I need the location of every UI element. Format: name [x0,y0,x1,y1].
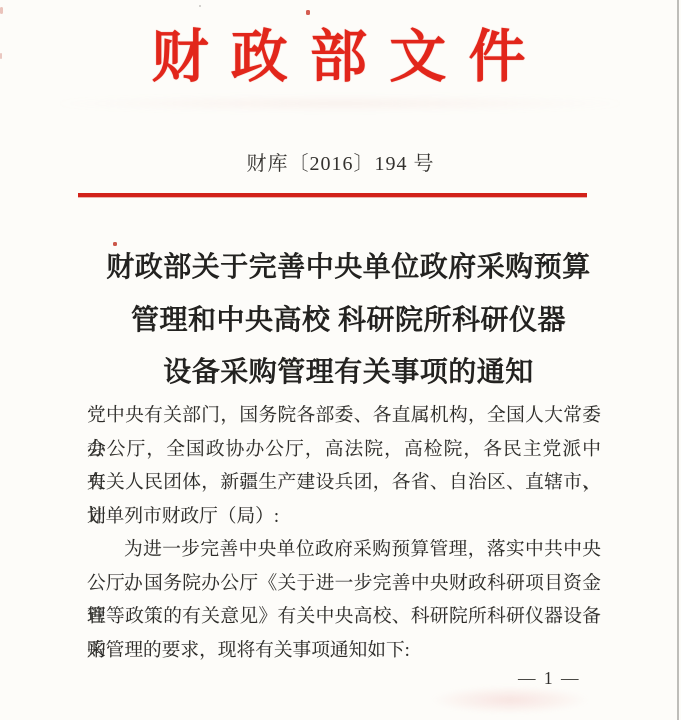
body-paragraph-2-line-2: 公厅、国务院办公厅《关于进一步完善中央财政科研项目资金管 [87,567,601,601]
body-paragraph-2-line-4: 购管理的要求，现将有关事项通知如下: [87,634,601,668]
scan-artifact-speck [0,53,2,59]
body-paragraph-2-line-3: 理等政策的有关意见》有关中央高校、科研院所科研仪器设备采 [87,600,601,634]
scan-page-edge-line [677,0,679,720]
scan-artifact-speck [0,7,3,14]
notice-title-line-3: 设备采购管理有关事项的通知 [18,347,679,400]
notice-title-line-2: 管理和中央高校 科研院所科研仪器 [18,295,679,348]
body-paragraph-1-line-3: 有关人民团体，新疆生产建设兵团，各省、自治区、直辖市、计 [87,466,601,500]
scan-artifact-smudge [430,686,590,714]
document-page: 财 政 部 文 件 财库〔2016〕194 号 财政部关于完善中央单位政府采购预… [0,0,681,720]
scan-artifact-speck [306,10,310,15]
body-paragraph-1-line-4: 划单列市财政厅（局）: [87,500,601,534]
notice-title: 财政部关于完善中央单位政府采购预算 管理和中央高校 科研院所科研仪器 设备采购管… [18,242,679,400]
body-paragraph-1-line-1: 党中央有关部门，国务院各部委、各直属机构，全国人大常委会 [87,399,601,433]
document-number: 财库〔2016〕194 号 [0,150,681,178]
body-paragraph-2-line-1: 为进一步完善中央单位政府采购预算管理，落实中共中央办 [87,533,601,567]
letterhead-red-divider [78,193,587,197]
scan-artifact-smudge [60,96,620,111]
notice-title-line-1: 财政部关于完善中央单位政府采购预算 [18,242,679,295]
letterhead-agency-title: 财 政 部 文 件 [0,27,681,89]
scan-artifact-speck [113,242,117,246]
scan-artifact-speck [199,5,201,7]
body-paragraph-1-line-2: 办公厅，全国政协办公厅，高法院，高检院，各民主党派中央， [87,433,601,467]
notice-body: 党中央有关部门，国务院各部委、各直属机构，全国人大常委会 办公厅，全国政协办公厅… [87,399,601,667]
